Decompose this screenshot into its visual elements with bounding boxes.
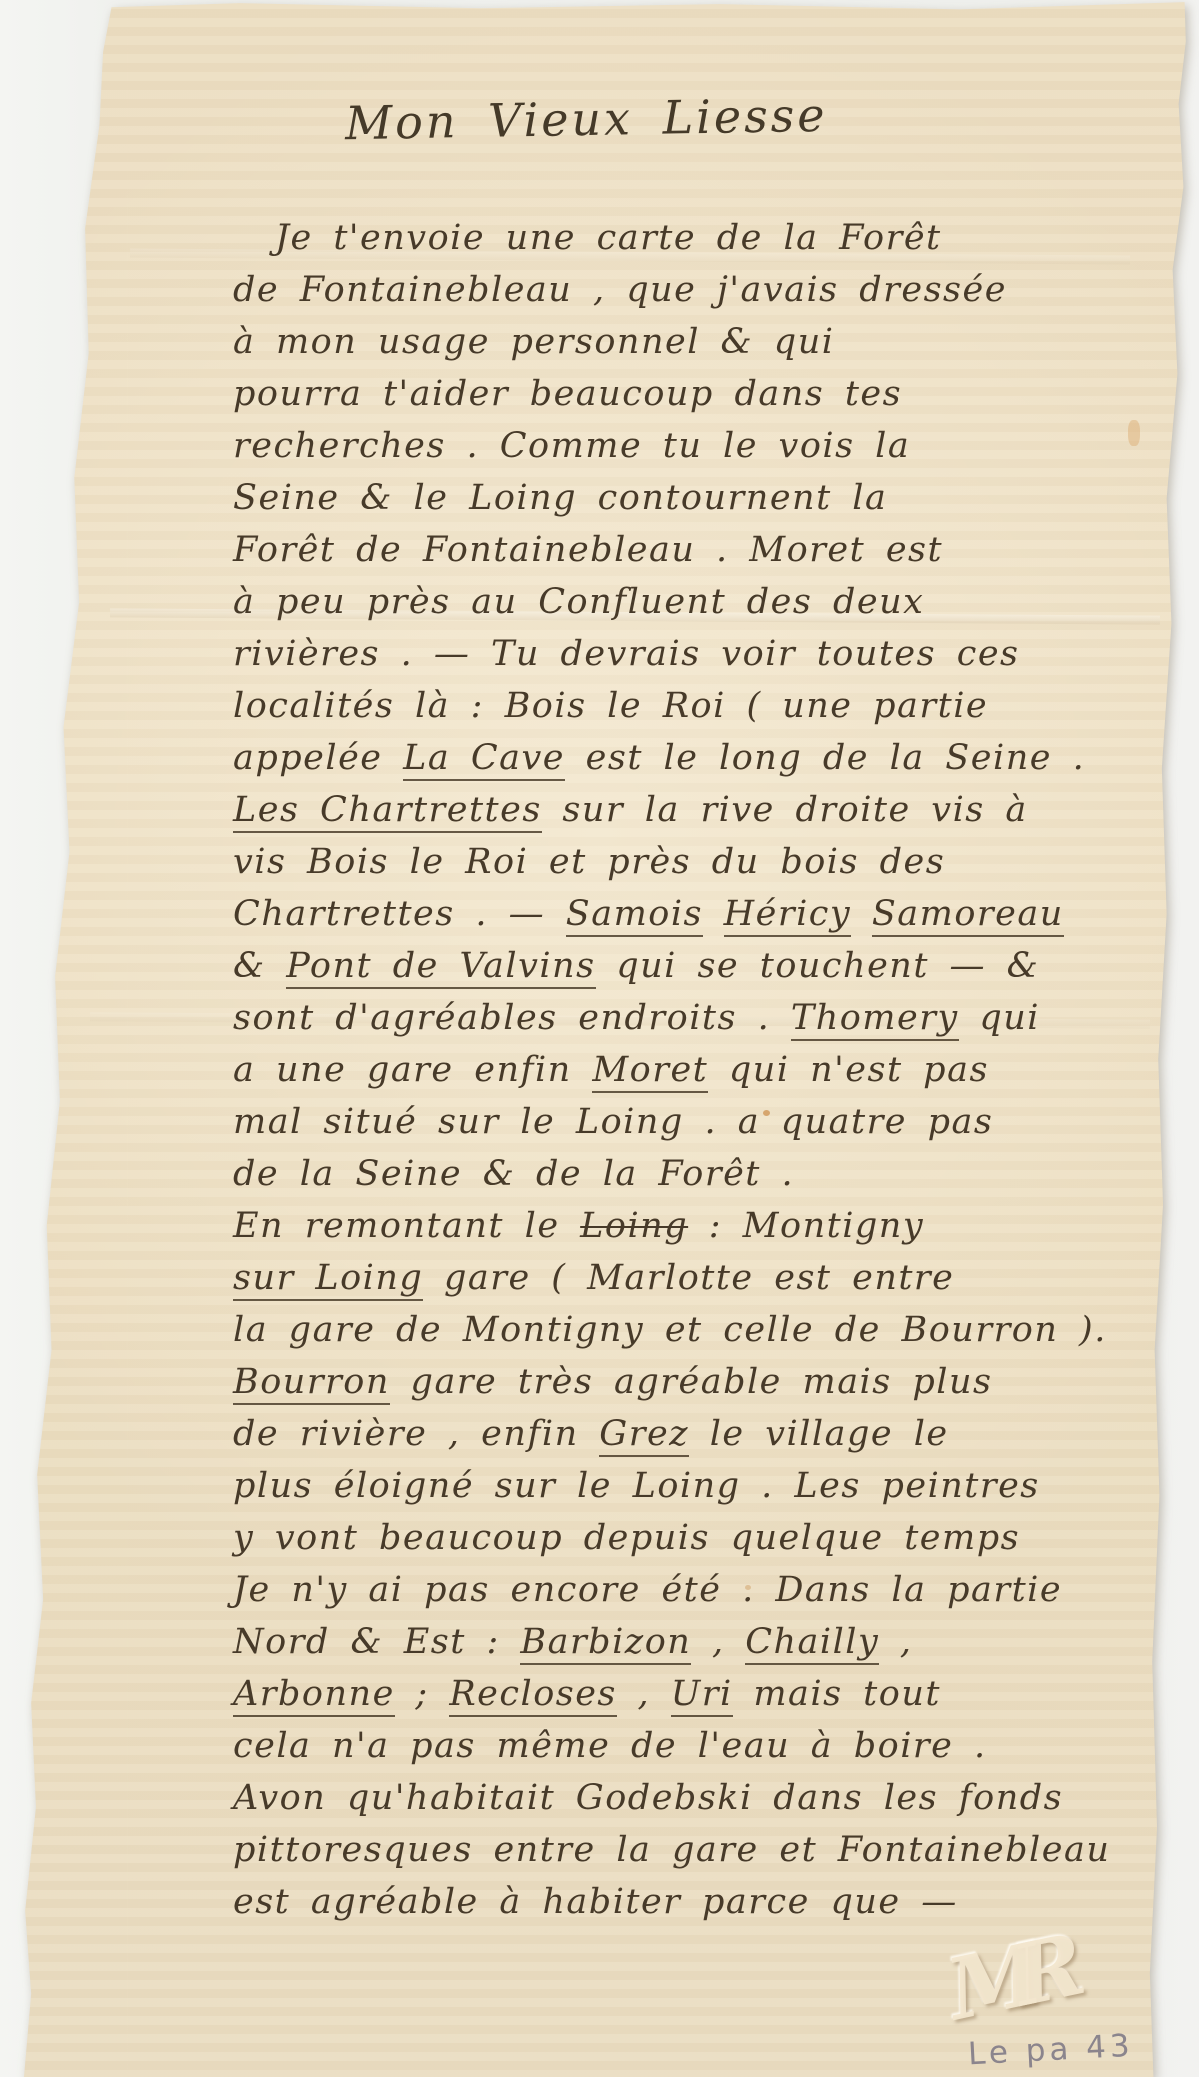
place-name: sur Loing (233, 1258, 423, 1301)
embossed-monogram: MR (940, 1927, 1066, 2032)
letter-line: pittoresques entre la gare et Fontainebl… (233, 1824, 1110, 1876)
text-segment: & (233, 946, 286, 986)
letter-line: mal situé sur le Loing . a quatre pas (233, 1096, 1110, 1148)
text-segment: vis Bois le Roi et près du bois des (233, 842, 945, 882)
text-segment: ; (395, 1674, 450, 1714)
text-segment: mal situé sur le Loing . a quatre pas (233, 1102, 993, 1142)
text-segment: la gare de Montigny et celle de Bourron … (233, 1310, 1107, 1350)
salutation: Mon Vieux Liesse (345, 88, 828, 150)
text-segment: mais tout (733, 1674, 941, 1714)
text-segment: Je t'envoie une carte de la Forêt (275, 218, 942, 258)
letter-line: localités là : Bois le Roi ( une partie (233, 680, 1110, 732)
text-segment (851, 894, 872, 934)
text-segment: est agréable à habiter parce que — (233, 1882, 958, 1922)
place-name: Loing (580, 1206, 688, 1246)
text-segment: est le long de la Seine . (565, 738, 1085, 778)
text-segment: sur la rive droite vis à (542, 790, 1028, 830)
letter-line: En remontant le Loing : Montigny (233, 1200, 1110, 1252)
place-name: Chailly (745, 1622, 879, 1665)
text-segment: le village le (689, 1414, 949, 1454)
text-segment: : Montigny (688, 1206, 924, 1246)
letter-line: a une gare enfin Moret qui n'est pas (233, 1044, 1110, 1096)
letter-line: Je n'y ai pas encore été . Dans la parti… (233, 1564, 1110, 1616)
text-segment: qui (959, 998, 1040, 1038)
paper-stain (1128, 420, 1140, 446)
place-name: Héricy (724, 894, 852, 937)
text-segment: gare ( Marlotte est entre (423, 1258, 954, 1298)
text-segment: Seine & le Loing contournent la (233, 478, 887, 518)
letter-line: Chartrettes . — Samois Héricy Samoreau (233, 888, 1110, 940)
text-segment: y vont beaucoup depuis quelque temps (233, 1518, 1020, 1558)
letter-line: vis Bois le Roi et près du bois des (233, 836, 1110, 888)
letter-line: de Fontainebleau , que j'avais dressée (233, 264, 1110, 316)
place-name: Bourron (233, 1362, 390, 1405)
letter-line: y vont beaucoup depuis quelque temps (233, 1512, 1110, 1564)
text-segment: rivières . — Tu devrais voir toutes ces (233, 634, 1020, 674)
text-segment: Forêt de Fontainebleau . Moret est (233, 530, 943, 570)
text-segment: de rivière , enfin (233, 1414, 599, 1454)
letter-body: Je t'envoie une carte de la Forêtde Font… (233, 212, 1110, 1928)
text-segment: pittoresques entre la gare et Fontainebl… (233, 1830, 1110, 1870)
text-segment: à mon usage personnel & qui (233, 322, 834, 362)
text-segment: pourra t'aider beaucoup dans tes (233, 374, 902, 414)
text-segment: gare très agréable mais plus (390, 1362, 993, 1402)
text-segment: de Fontainebleau , que j'avais dressée (233, 270, 1007, 310)
text-segment: appelée (233, 738, 403, 778)
letter-line: Nord & Est : Barbizon , Chailly , (233, 1616, 1110, 1668)
scanned-letter-page: { "letter": { "salutation": "Mon Vieux L… (0, 0, 1199, 2077)
letter-line: sur Loing gare ( Marlotte est entre (233, 1252, 1110, 1304)
letter-line: à peu près au Confluent des deux (233, 576, 1110, 628)
letter-line: cela n'a pas même de l'eau à boire . (233, 1720, 1110, 1772)
letter-line: Les Chartrettes sur la rive droite vis à (233, 784, 1110, 836)
place-name: Uri (671, 1674, 733, 1717)
place-name: Pont de Valvins (286, 946, 595, 989)
letter-line: Arbonne ; Recloses , Uri mais tout (233, 1668, 1110, 1720)
text-segment: sont d'agréables endroits . (233, 998, 791, 1038)
letter-line: la gare de Montigny et celle de Bourron … (233, 1304, 1110, 1356)
letter-line: Je t'envoie une carte de la Forêt (275, 212, 1110, 264)
letter-line: & Pont de Valvins qui se touchent — & (233, 940, 1110, 992)
letter-line: pourra t'aider beaucoup dans tes (233, 368, 1110, 420)
text-segment: qui n'est pas (708, 1050, 989, 1090)
place-name: Arbonne (233, 1674, 395, 1717)
text-segment: de la Seine & de la Forêt . (233, 1154, 794, 1194)
text-segment: a une gare enfin (233, 1050, 592, 1090)
place-name: Les Chartrettes (233, 790, 542, 833)
text-segment: recherches . Comme tu le vois la (233, 426, 910, 466)
text-segment: Nord & Est : (233, 1622, 520, 1662)
place-name: Barbizon (520, 1622, 691, 1665)
place-name: Recloses (449, 1674, 617, 1717)
letter-line: Bourron gare très agréable mais plus (233, 1356, 1110, 1408)
letter-line: rivières . — Tu devrais voir toutes ces (233, 628, 1110, 680)
place-name: Samois (566, 894, 703, 937)
letter-line: appelée La Cave est le long de la Seine … (233, 732, 1110, 784)
letter-line: Forêt de Fontainebleau . Moret est (233, 524, 1110, 576)
letter-line: à mon usage personnel & qui (233, 316, 1110, 368)
letter-line: recherches . Comme tu le vois la (233, 420, 1110, 472)
text-segment: plus éloigné sur le Loing . Les peintres (233, 1466, 1040, 1506)
text-segment: localités là : Bois le Roi ( une partie (233, 686, 988, 726)
text-segment: cela n'a pas même de l'eau à boire . (233, 1726, 987, 1766)
place-name: Samoreau (872, 894, 1064, 937)
letter-line: est agréable à habiter parce que — (233, 1876, 1110, 1928)
text-segment: , (879, 1622, 912, 1662)
place-name: La Cave (403, 738, 565, 781)
text-segment (703, 894, 724, 934)
text-segment: En remontant le (233, 1206, 580, 1246)
text-segment: qui se touchent — & (596, 946, 1040, 986)
text-segment: , (617, 1674, 671, 1714)
letter-line: plus éloigné sur le Loing . Les peintres (233, 1460, 1110, 1512)
text-segment: à peu près au Confluent des deux (233, 582, 924, 622)
letter-line: Seine & le Loing contournent la (233, 472, 1110, 524)
letter-line: sont d'agréables endroits . Thomery qui (233, 992, 1110, 1044)
text-segment: Je n'y ai pas encore été . Dans la parti… (233, 1570, 1062, 1610)
text-segment: , (691, 1622, 745, 1662)
text-segment: Avon qu'habitait Godebski dans les fonds (233, 1778, 1063, 1818)
place-name: Thomery (791, 998, 959, 1041)
text-segment: Chartrettes . — (233, 894, 566, 934)
letter-line: de la Seine & de la Forêt . (233, 1148, 1110, 1200)
place-name: Grez (599, 1414, 689, 1457)
place-name: Moret (592, 1050, 708, 1093)
letter-line: Avon qu'habitait Godebski dans les fonds (233, 1772, 1110, 1824)
letter-line: de rivière , enfin Grez le village le (233, 1408, 1110, 1460)
